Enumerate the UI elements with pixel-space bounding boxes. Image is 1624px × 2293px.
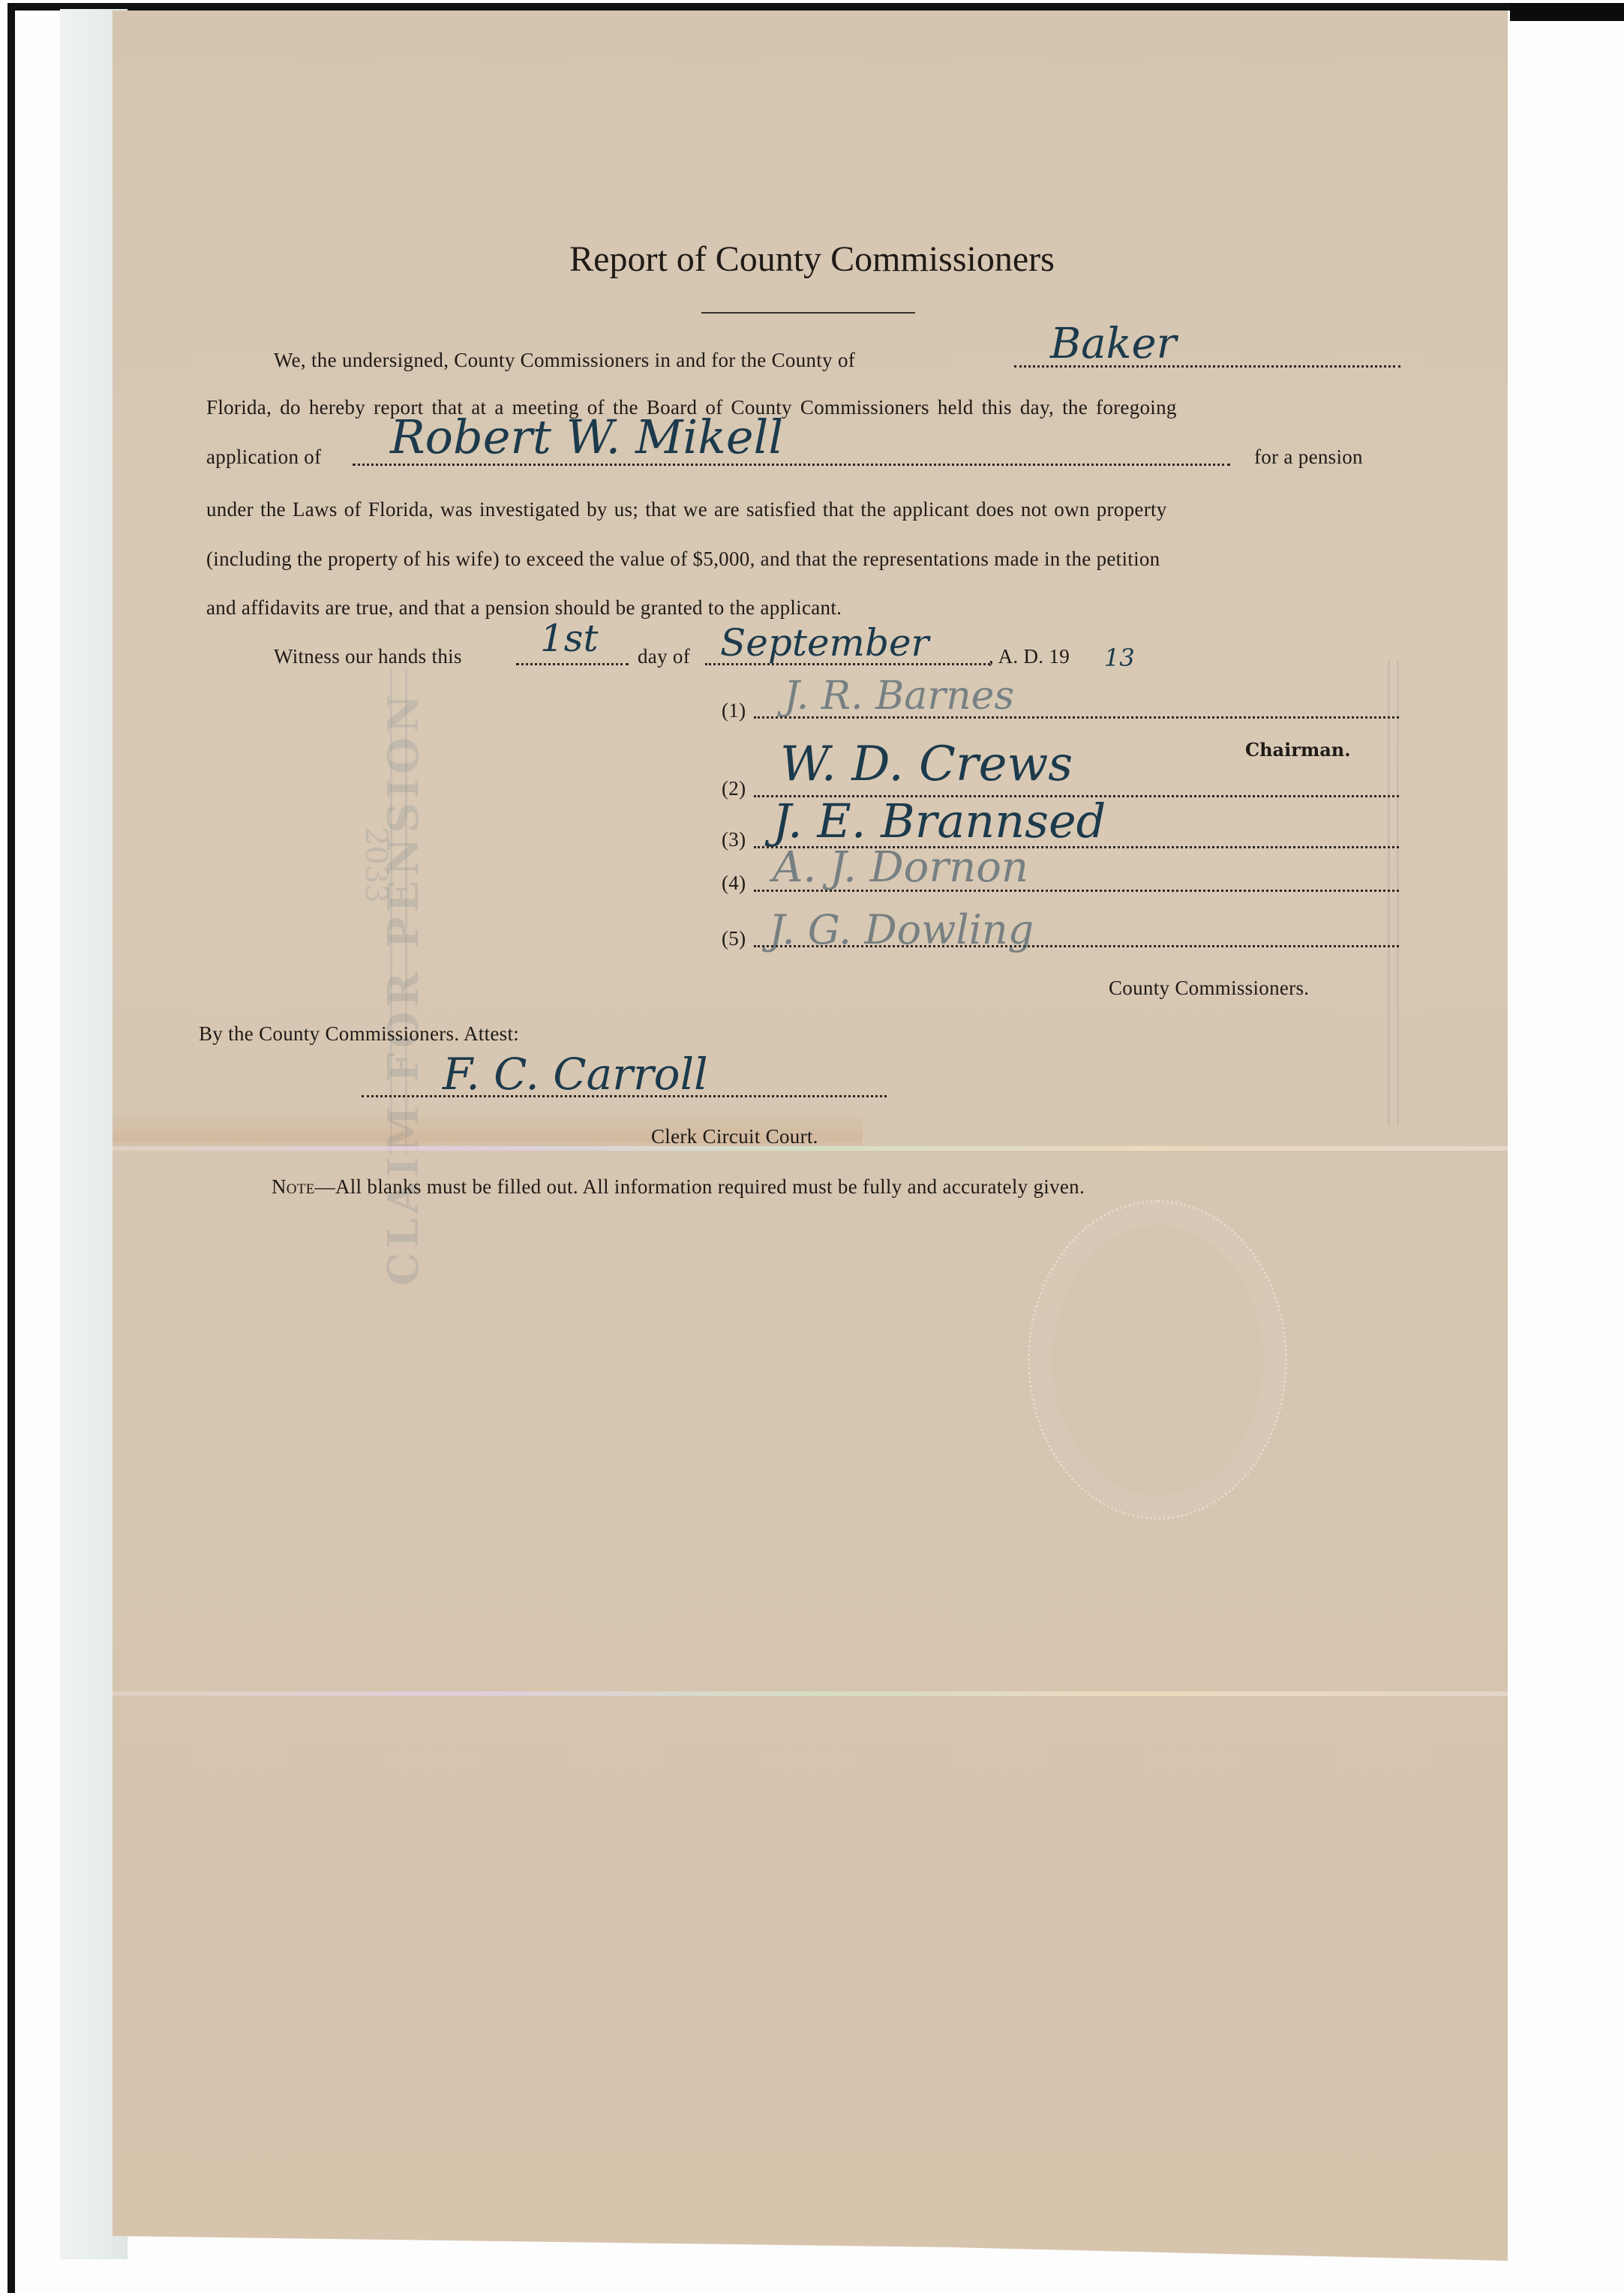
applicant-field: Robert W. Mikell [390,410,783,464]
clerk-label: Clerk Circuit Court. [651,1125,818,1148]
bleed-through-number: 2033 [359,827,393,903]
commissioner-signature-1: J. R. Barnes [784,674,1014,719]
day-field: 1st [540,617,599,660]
commissioner-number-2: (2) [722,777,746,800]
commissioner-signature-3: J. E. Brannsed [773,794,1106,848]
paragraph-line-3-suffix: for a pension [1254,446,1363,469]
paragraph-line-4: under the Laws of Florida, was investiga… [206,498,1167,521]
title-divider [701,312,915,314]
witness-year-prefix: , A. D. 19 [989,645,1070,668]
scan-border-left [8,6,15,2293]
year-field: 13 [1104,644,1135,672]
county-field: Baker [1050,320,1176,368]
commissioner-number-1: (1) [722,699,746,722]
note: Note—All blanks must be filled out. All … [272,1175,1085,1199]
note-prefix: Note [272,1175,315,1198]
bleed-through-rule [405,668,407,1155]
paragraph-line-3-prefix: application of [206,446,321,469]
page-title: Report of County Commissioners [0,239,1624,280]
paragraph-line-5: (including the property of his wife) to … [206,548,1160,571]
clerk-signature: F. C. Carroll [443,1049,708,1100]
commissioner-signature-2: W. D. Crews [780,737,1073,792]
commissioner-number-3: (3) [722,828,746,851]
witness-prefix: Witness our hands this [274,645,462,668]
paragraph-line-1: We, the undersigned, County Commissioner… [274,349,855,372]
commissioner-number-4: (4) [722,872,746,895]
chairman-label: Chairman. [1245,739,1351,761]
commissioner-signature-4: A. J. Dornon [773,843,1028,892]
bleed-through-rule [390,668,392,1155]
attest-label: By the County Commissioners. Attest: [199,1022,519,1046]
paragraph-line-6: and affidavits are true, and that a pens… [206,596,842,620]
witness-day-of: day of [638,645,690,668]
embossed-seal [1028,1200,1287,1520]
commissioner-number-5: (5) [722,927,746,950]
bleed-through-rule [1397,660,1399,1125]
fold-crease [113,1691,1508,1696]
county-commissioners-label: County Commissioners. [1109,977,1309,1000]
note-text: —All blanks must be filled out. All info… [315,1175,1085,1198]
day-blank [516,663,629,665]
month-field: September [720,621,929,665]
commissioner-signature-5: J. G. Dowling [769,906,1034,953]
scan-corner-bar [1510,3,1624,21]
bleed-through-rule [1388,660,1390,1125]
scan-border-top [8,3,1624,11]
